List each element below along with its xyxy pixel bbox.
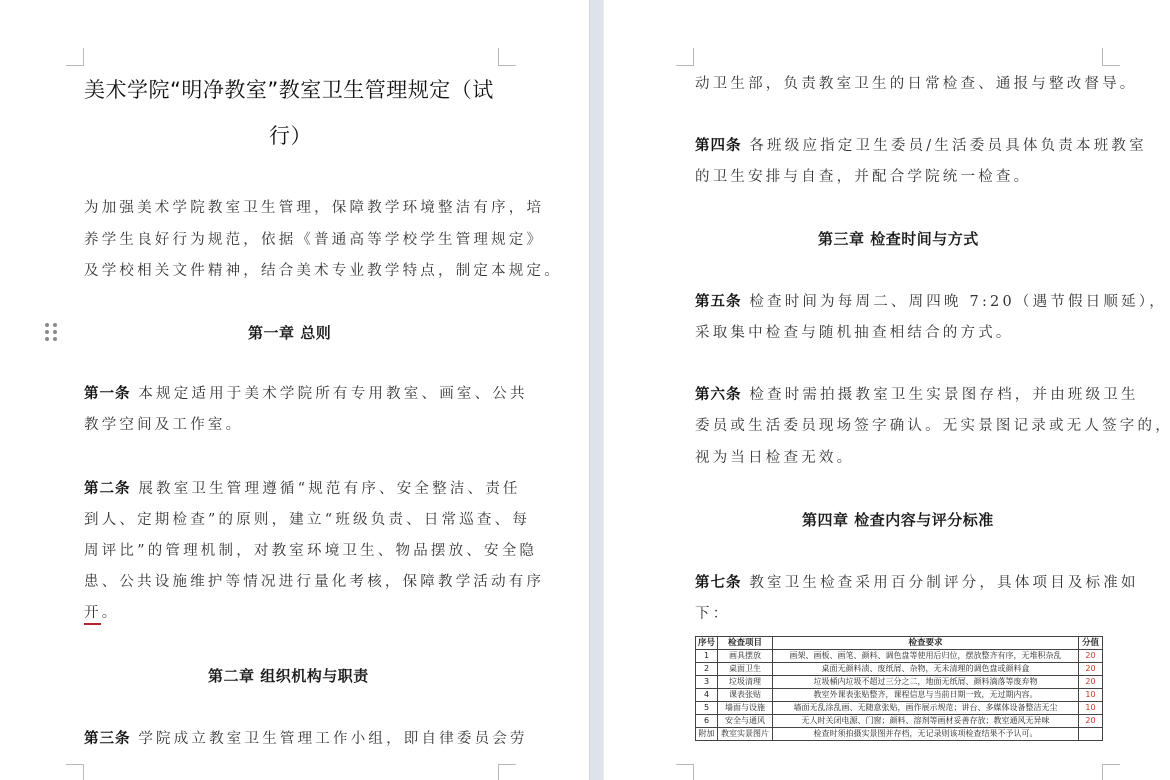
table-row: 4 课表张贴 教室外课表张贴整齐，课程信息与当前日期一致，无过期内容。 10	[696, 689, 1103, 702]
document-title-line1: 美术学院“明净教室”教室卫生管理规定（试	[84, 74, 494, 104]
chapter-heading: 第四章 检查内容与评分标准	[802, 509, 994, 530]
article-line: 下：	[695, 602, 730, 623]
score-value	[1079, 728, 1103, 741]
article-line: 第四条 各班级应指定卫生委员/生活委员具体负责本班教室	[695, 134, 1147, 155]
margin-corner-mark	[498, 764, 516, 780]
article-label: 第六条	[695, 386, 742, 403]
article-line: 动卫生部，负责教室卫生的日常检查、通报与整改督导。	[695, 72, 1138, 93]
check-requirement: 教室外课表张贴整齐，课程信息与当前日期一致，无过期内容。	[772, 689, 1078, 702]
row-number: 5	[696, 702, 718, 715]
table-row: 6 安全与通风 无人时关闭电源、门窗；颜料、溶剂等画材妥善存放；教室通风无异味 …	[696, 715, 1103, 728]
table-row: 1 画具摆放 画架、画板、画笔、颜料、调色盘等使用后归位，摆放整齐有序，无堆积杂…	[696, 650, 1103, 663]
article-line: 患、公共设施维护等情况进行量化考核，保障教学活动有序	[84, 570, 544, 591]
margin-corner-mark	[676, 764, 694, 780]
table-row: 5 墙面与设施 墙面无乱涂乱画、无随意张贴，画作展示规范；讲台、多媒体设备整洁无…	[696, 702, 1103, 715]
check-requirement: 检查时须拍摄实景图并存档，无记录则该项检查结果不予认可。	[772, 728, 1078, 741]
table-row: 3 垃圾清理 垃圾桶内垃圾不超过三分之二，地面无纸屑、颜料滴落等废弃物 20	[696, 676, 1103, 689]
article-line: 开。	[84, 601, 119, 622]
check-item: 安全与通风	[718, 715, 773, 728]
check-requirement: 墙面无乱涂乱画、无随意张贴，画作展示规范；讲台、多媒体设备整洁无尘	[772, 702, 1078, 715]
score-value: 20	[1079, 676, 1103, 689]
margin-corner-mark	[66, 48, 84, 66]
article-line: 委员或生活委员现场签字确认。无实景图记录或无人签字的，	[695, 414, 1170, 435]
article-label: 第七条	[695, 574, 742, 591]
check-item: 桌面卫生	[718, 663, 773, 676]
score-value: 20	[1079, 715, 1103, 728]
intro-line: 养学生良好行为规范，依据《普通高等学校学生管理规定》	[84, 228, 544, 249]
check-requirement: 桌面无颜料渍、废纸屑、杂物，无未清理的调色盘或颜料盒	[772, 663, 1078, 676]
article-line: 第一条 本规定适用于美术学院所有专用教室、画室、公共	[84, 382, 528, 403]
score-value: 10	[1079, 702, 1103, 715]
page-separator	[589, 0, 604, 780]
document-title-line2: 行）	[269, 120, 312, 150]
margin-corner-mark	[498, 48, 516, 66]
article-line: 到人、定期检查”的原则，建立“班级负责、日常巡查、每	[84, 508, 530, 529]
chapter-heading: 第二章 组织机构与职责	[208, 665, 369, 686]
article-line: 的卫生安排与自查，并配合学院统一检查。	[695, 165, 1031, 186]
check-requirement: 画架、画板、画笔、颜料、调色盘等使用后归位，摆放整齐有序，无堆积杂乱	[772, 650, 1078, 663]
check-item: 墙面与设施	[718, 702, 773, 715]
margin-corner-mark	[1102, 764, 1120, 780]
check-item: 课表张贴	[718, 689, 773, 702]
score-value: 10	[1079, 689, 1103, 702]
article-label: 第二条	[84, 480, 131, 497]
header-cell: 检查要求	[772, 637, 1078, 650]
table-row: 附加 教室实景图片 检查时须拍摄实景图并存档，无记录则该项检查结果不予认可。	[696, 728, 1103, 741]
scoring-table: 序号 检查项目 检查要求 分值 1 画具摆放 画架、画板、画笔、颜料、调色盘等使…	[695, 636, 1103, 741]
row-number: 2	[696, 663, 718, 676]
margin-corner-mark	[1102, 48, 1120, 66]
check-requirement: 无人时关闭电源、门窗；颜料、溶剂等画材妥善存放；教室通风无异味	[772, 715, 1078, 728]
spellcheck-underline[interactable]	[84, 623, 101, 625]
check-requirement: 垃圾桶内垃圾不超过三分之二，地面无纸屑、颜料滴落等废弃物	[772, 676, 1078, 689]
article-line: 采取集中检查与随机抽查相结合的方式。	[695, 321, 1014, 342]
row-number: 1	[696, 650, 718, 663]
score-value: 20	[1079, 663, 1103, 676]
score-value: 20	[1079, 650, 1103, 663]
check-item: 垃圾清理	[718, 676, 773, 689]
table-row: 2 桌面卫生 桌面无颜料渍、废纸屑、杂物，无未清理的调色盘或颜料盒 20	[696, 663, 1103, 676]
row-number: 3	[696, 676, 718, 689]
margin-corner-mark	[676, 48, 694, 66]
article-line: 第七条 教室卫生检查采用百分制评分，具体项目及标准如	[695, 571, 1139, 592]
article-label: 第三条	[84, 730, 131, 747]
check-item: 教室实景图片	[718, 728, 773, 741]
header-cell: 分值	[1079, 637, 1103, 650]
article-line: 第二条 展教室卫生管理遵循“规范有序、安全整洁、责任	[84, 477, 521, 498]
check-item: 画具摆放	[718, 650, 773, 663]
chapter-heading: 第一章 总则	[248, 322, 331, 343]
article-label: 第五条	[695, 293, 742, 310]
row-number: 附加	[696, 728, 718, 741]
article-label: 第一条	[84, 385, 131, 402]
margin-corner-mark	[66, 764, 84, 780]
document-page-right: 动卫生部，负责教室卫生的日常检查、通报与整改督导。 第四条 各班级应指定卫生委员…	[604, 0, 1170, 780]
row-number: 4	[696, 689, 718, 702]
article-line: 周评比”的管理机制，对教室环境卫生、物品摆放、安全隐	[84, 539, 537, 560]
article-line: 第六条 检查时需拍摄教室卫生实景图存档，并由班级卫生	[695, 383, 1139, 404]
article-line: 第五条 检查时间为每周二、周四晚 7:20（遇节假日顺延），	[695, 290, 1167, 311]
article-line: 第三条 学院成立教室卫生管理工作小组，即自律委员会劳	[84, 727, 528, 748]
intro-line: 为加强美术学院教室卫生管理，保障教学环境整洁有序，培	[84, 196, 544, 217]
intro-line: 及学校相关文件精神，结合美术专业教学特点，制定本规定。	[84, 259, 562, 280]
article-line: 视为当日检查无效。	[695, 446, 854, 467]
row-number: 6	[696, 715, 718, 728]
article-line: 教学空间及工作室。	[84, 413, 243, 434]
drag-handle-icon[interactable]	[45, 323, 57, 341]
table-header-row: 序号 检查项目 检查要求 分值	[696, 637, 1103, 650]
document-page-left: 美术学院“明净教室”教室卫生管理规定（试 行） 为加强美术学院教室卫生管理，保障…	[0, 0, 589, 780]
header-cell: 检查项目	[718, 637, 773, 650]
chapter-heading: 第三章 检查时间与方式	[818, 228, 979, 249]
article-label: 第四条	[695, 137, 742, 154]
header-cell: 序号	[696, 637, 718, 650]
